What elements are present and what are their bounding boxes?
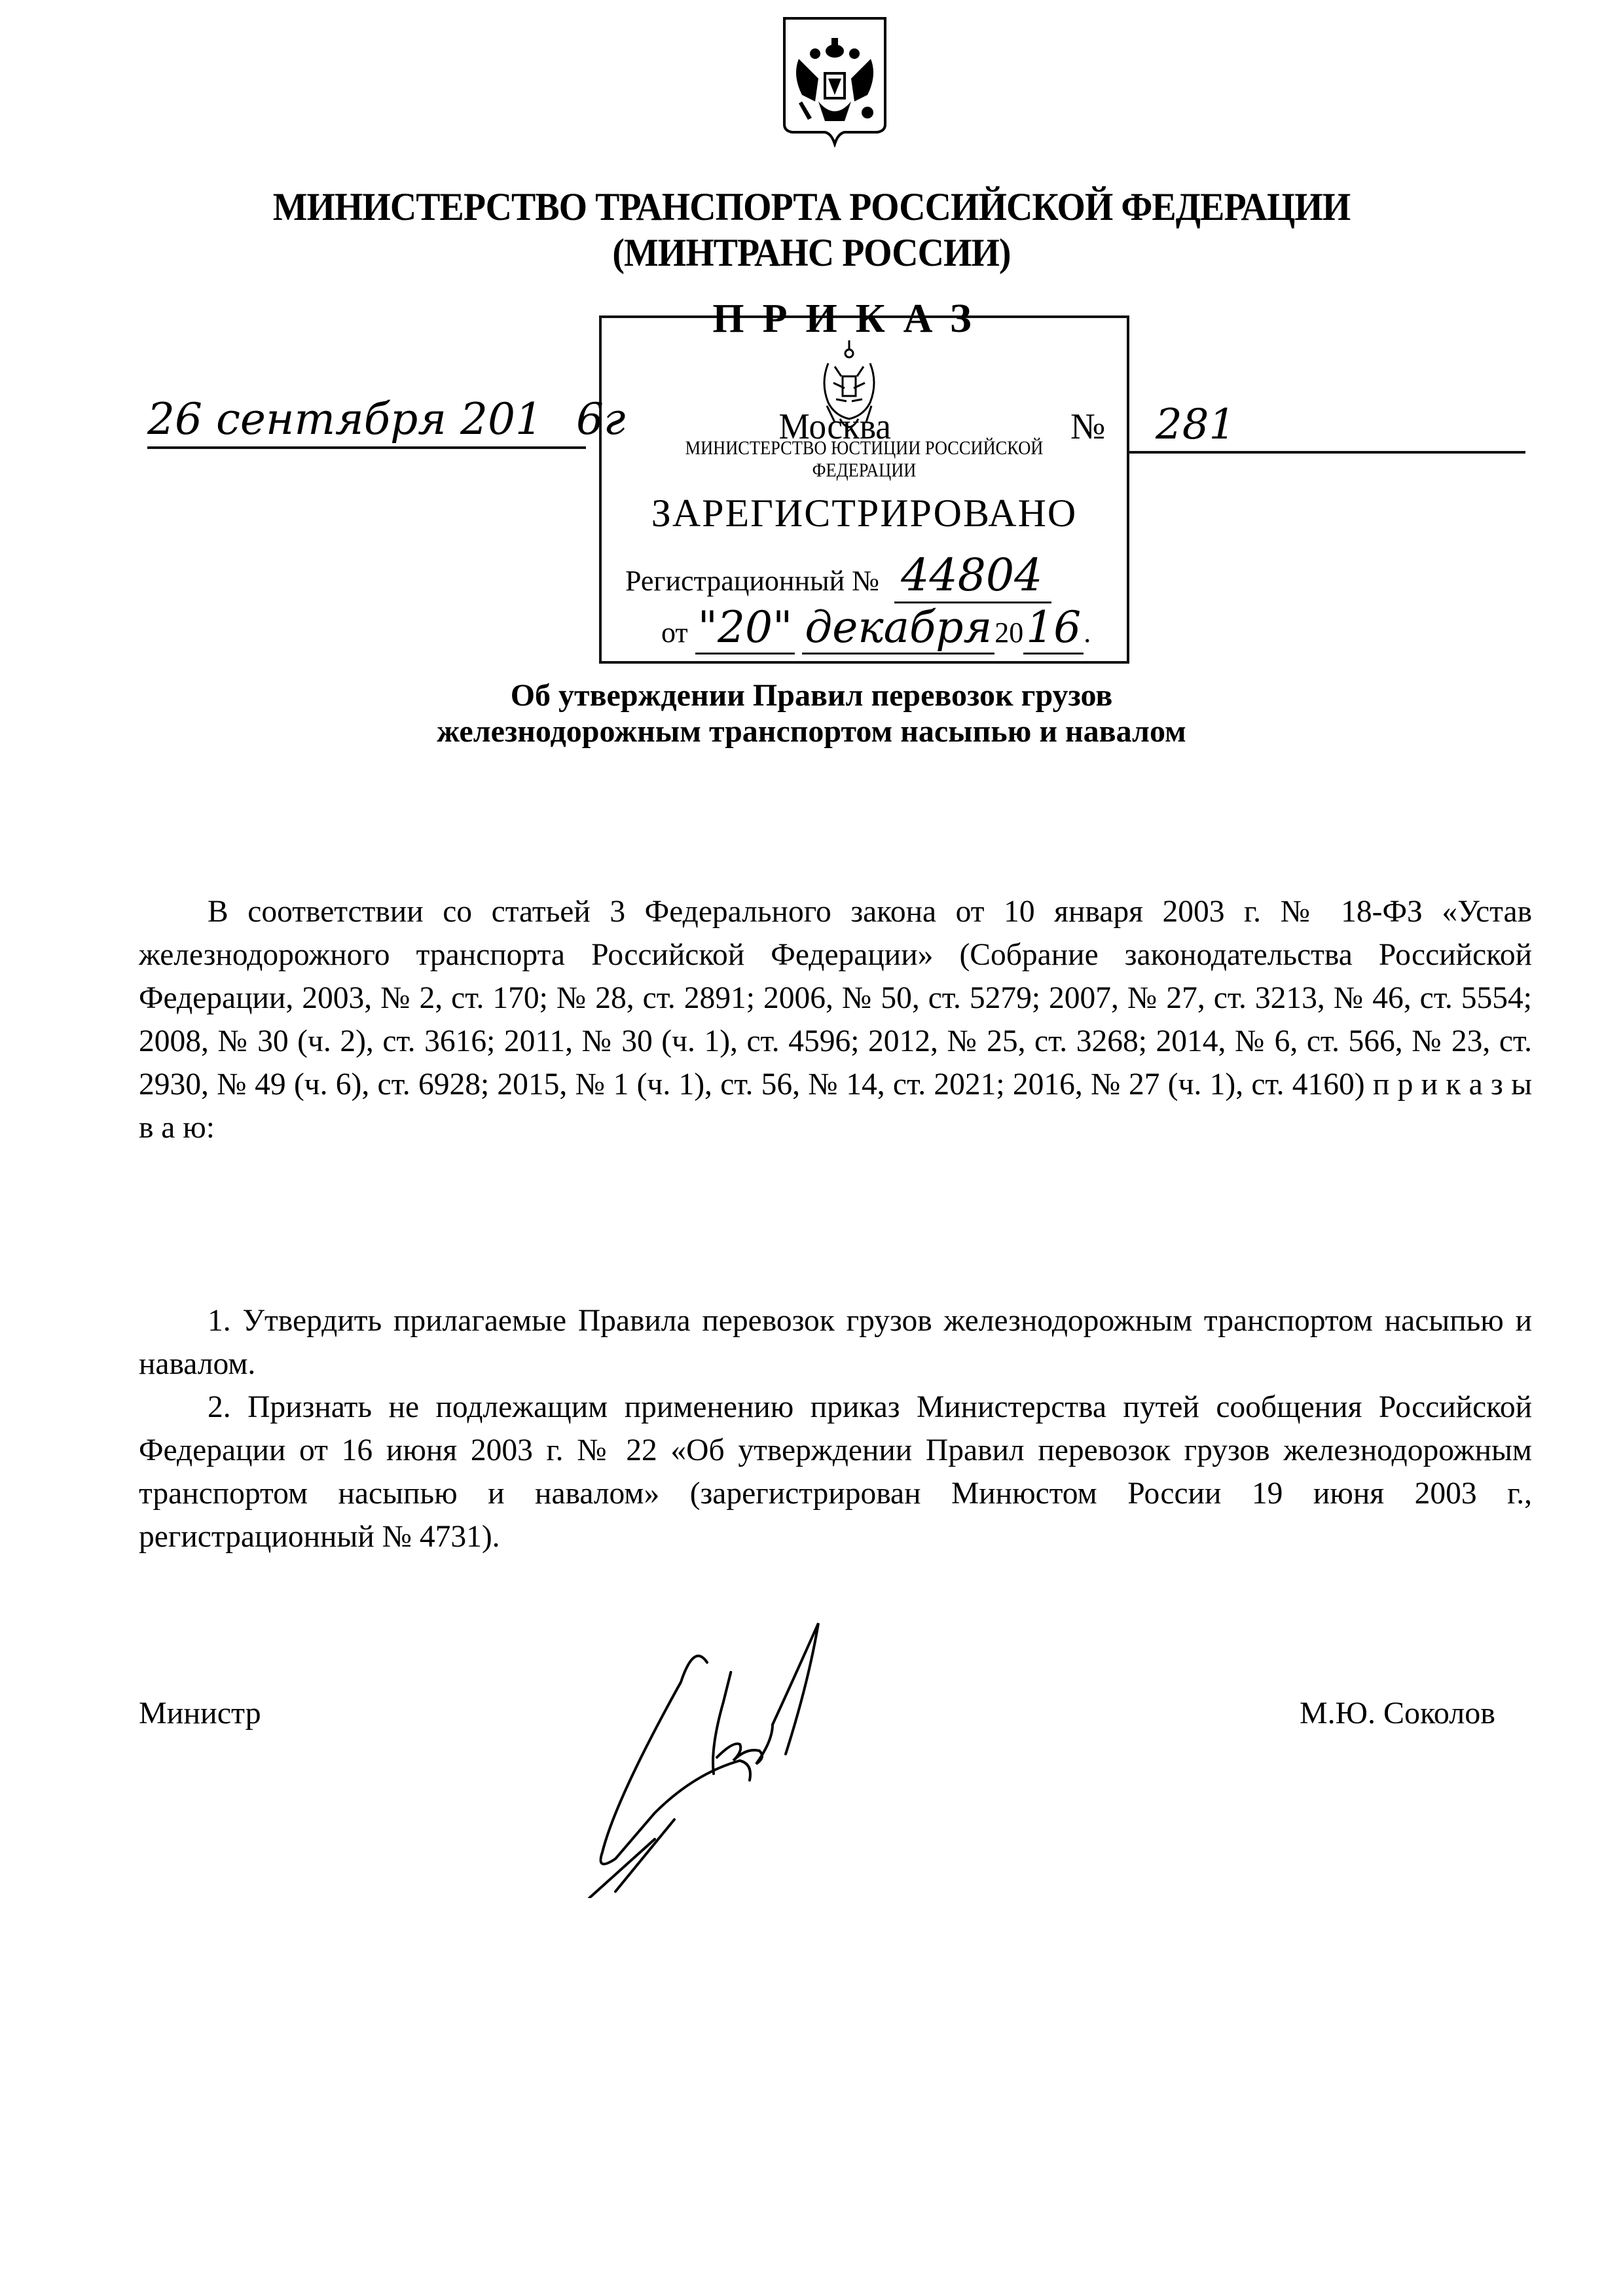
- preamble-paragraph: В соответствии со статьей 3 Федерального…: [139, 890, 1532, 1149]
- ministry-short-name: (МИНТРАНС РОССИИ): [57, 230, 1566, 276]
- stamp-reg-number-label: Регистрационный №: [625, 565, 879, 597]
- preamble-text: В соответствии со статьей 3 Федерального…: [139, 895, 1532, 1102]
- document-type: ПРИКАЗ: [655, 296, 1048, 342]
- signer-name: М.Ю. Соколов: [1300, 1695, 1495, 1731]
- stamp-date-suffix: .: [1084, 617, 1091, 649]
- stamp-reg-number: 44804: [894, 550, 1051, 603]
- order-number-field: 281: [1129, 396, 1525, 454]
- stamp-reg-number-row: Регистрационный № 44804: [625, 550, 1051, 603]
- order-date-year-suffix: 6г: [576, 393, 625, 446]
- russian-coat-of-arms-icon: [779, 13, 890, 147]
- handwritten-signature-icon: [576, 1604, 1021, 1898]
- document-title-line2: железнодорожным транспортом насыпью и на…: [0, 713, 1623, 749]
- stamp-date-year-handwritten: 16: [1023, 602, 1084, 655]
- stamp-authority: МИНИСТЕРСТВО ЮСТИЦИИ РОССИЙСКОЙ ФЕДЕРАЦИ…: [648, 437, 1080, 482]
- stamp-date-year-printed: 20: [994, 617, 1023, 649]
- signer-position: Министр: [139, 1695, 261, 1731]
- document-title-line1: Об утверждении Правил перевозок грузов: [0, 677, 1623, 713]
- stamp-status: ЗАРЕГИСТРИРОВАНО: [599, 491, 1129, 536]
- stamp-date-prefix: от: [661, 617, 688, 649]
- stamp-reg-date-row: от "20" декабря2016.: [661, 602, 1091, 653]
- order-item-2: 2. Признать не подлежащим применению при…: [139, 1386, 1532, 1558]
- order-date-field: 26 сентября 201: [147, 393, 586, 449]
- ministry-name: МИНИСТЕРСТВО ТРАНСПОРТА РОССИЙСКОЙ ФЕДЕР…: [57, 185, 1566, 230]
- stamp-date-month: декабря: [802, 602, 994, 655]
- stamp-date-day: "20": [695, 602, 795, 655]
- order-item-1: 1. Утвердить прилагаемые Правила перевоз…: [139, 1299, 1532, 1386]
